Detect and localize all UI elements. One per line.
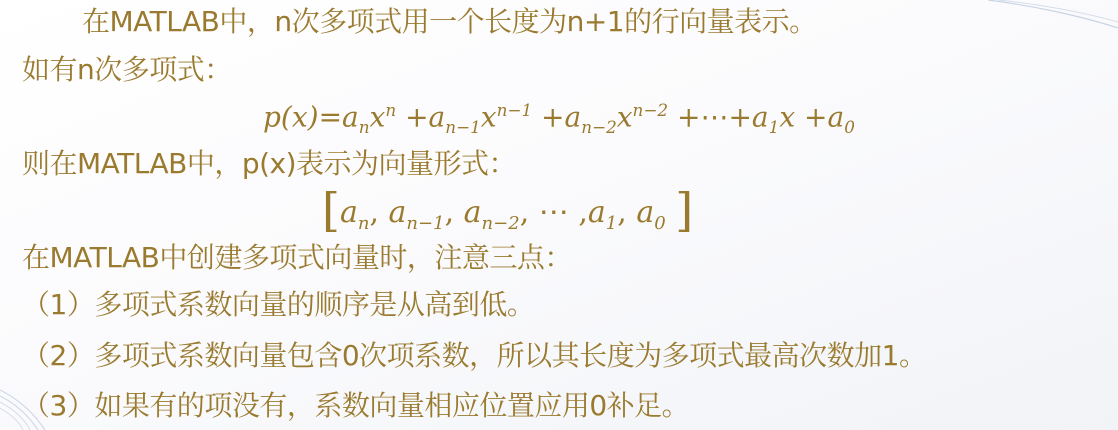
vector-ellipsis: ⋯ xyxy=(539,195,569,230)
notes-title: 在MATLAB中创建多项式向量时，注意三点： xyxy=(22,240,572,276)
vector-open-bracket: [ xyxy=(322,183,340,237)
term-ellipsis: +⋯+ xyxy=(677,100,752,133)
term-sub: 0 xyxy=(844,117,855,137)
vector-sep: , xyxy=(578,195,588,230)
term-sup: n xyxy=(385,100,396,120)
vector-item-sub: n−2 xyxy=(482,213,520,234)
vector-item: a xyxy=(389,195,407,230)
polynomial-formula: p(x)=anxn +an−1xn−1 +an−2xn−2 +⋯+a1x +a0 xyxy=(263,92,855,145)
term-coef: a xyxy=(342,100,359,133)
vector-sep: , xyxy=(520,195,530,230)
intro-text: 在MATLAB中，n次多项式用一个长度为n+1的行向量表示。 xyxy=(82,4,817,40)
vector-label: 则在MATLAB中，p(x)表示为向量形式： xyxy=(22,146,516,182)
coefficient-vector: [an, an−1, an−2, ⋯ ,a1, a0 ] xyxy=(322,188,693,246)
term-sub: n xyxy=(359,117,370,137)
term-sub: n−1 xyxy=(445,117,481,137)
term-coef: a xyxy=(429,100,446,133)
vector-item-sub: 0 xyxy=(654,213,665,234)
vector-item: a xyxy=(588,195,606,230)
vector-item: a xyxy=(636,195,654,230)
vector-item: a xyxy=(340,195,358,230)
term-sub: n−2 xyxy=(581,117,617,137)
corner-swoosh-decoration-top-right xyxy=(988,0,1118,30)
vector-close-bracket: ] xyxy=(675,183,693,237)
note-item-2: （2）多项式系数向量包含0次项系数，所以其长度为多项式最高次数加1。 xyxy=(22,338,926,374)
vector-sep: , xyxy=(445,195,455,230)
term-x: x xyxy=(370,100,386,133)
vector-item-sub: n xyxy=(358,213,370,234)
vector-sep: , xyxy=(369,195,379,230)
slide: 在MATLAB中，n次多项式用一个长度为n+1的行向量表示。 如有n次多项式： … xyxy=(0,0,1118,430)
formula-lhs: p(x) xyxy=(263,100,319,133)
term-x: x xyxy=(779,100,795,133)
vector-sep: , xyxy=(617,195,627,230)
vector-item-sub: n−1 xyxy=(406,213,444,234)
term-sub: 1 xyxy=(769,117,780,137)
vector-item-sub: 1 xyxy=(606,213,617,234)
note-item-3: （3）如果有的项没有，系数向量相应位置应用0补足。 xyxy=(22,388,689,424)
formula-equals: = xyxy=(319,100,342,133)
term-coef: a xyxy=(565,100,582,133)
term-sup: n−1 xyxy=(497,100,533,120)
term-x: x xyxy=(481,100,497,133)
term-coef: a xyxy=(827,100,844,133)
note-item-1: （1）多项式系数向量的顺序是从高到低。 xyxy=(22,287,534,323)
term-sup: n−2 xyxy=(633,100,669,120)
term-x: x xyxy=(617,100,633,133)
example-label: 如有n次多项式： xyxy=(22,52,232,88)
term-coef: a xyxy=(752,100,769,133)
vector-item: a xyxy=(464,195,482,230)
